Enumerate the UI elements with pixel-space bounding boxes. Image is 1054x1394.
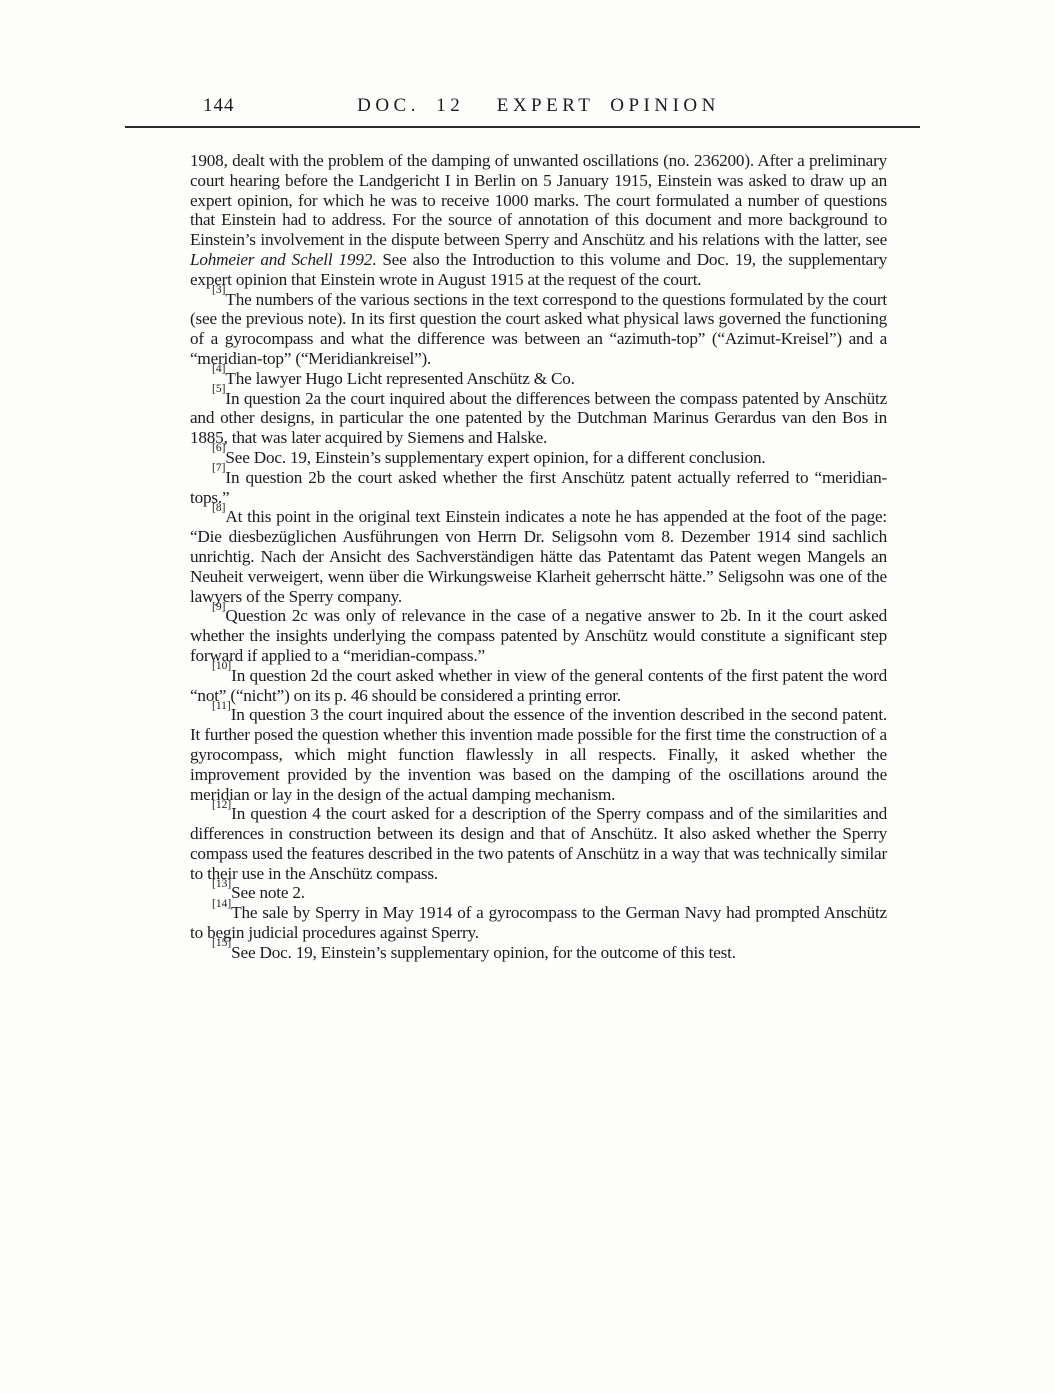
footnote-marker: [4] [212, 363, 225, 375]
scanned-book-page: 144 DOC. 12 EXPERT OPINION 1908, dealt w… [0, 0, 1054, 1394]
running-title: DOC. 12 EXPERT OPINION [190, 95, 887, 117]
footnote-text: In question 2b the court asked whether t… [190, 468, 887, 507]
footnote-paragraph: [8]At this point in the original text Ei… [190, 507, 887, 606]
footnote-paragraph: [4]The lawyer Hugo Licht represented Ans… [190, 369, 887, 389]
annotation-text-block: 1908, dealt with the problem of the damp… [190, 151, 887, 963]
footnote-marker: [14] [212, 898, 231, 910]
footnote-text: See note 2. [231, 883, 305, 902]
footnote-paragraph: [3]The numbers of the various sections i… [190, 290, 887, 369]
footnote-marker: [8] [212, 502, 225, 514]
footnote-paragraph: [10]In question 2d the court asked wheth… [190, 666, 887, 706]
footnote-paragraph: [9]Question 2c was only of relevance in … [190, 606, 887, 665]
header-rule [125, 126, 920, 128]
footnote-marker: [11] [212, 700, 231, 712]
running-head: 144 DOC. 12 EXPERT OPINION [190, 95, 887, 121]
footnote-text: The sale by Sperry in May 1914 of a gyro… [190, 903, 887, 942]
footnote-text: See Doc. 19, Einstein’s supplementary ex… [225, 448, 765, 467]
footnote-paragraph: [15]See Doc. 19, Einstein’s supplementar… [190, 943, 887, 963]
footnote-text: At this point in the original text Einst… [190, 507, 887, 605]
footnote-marker: [5] [212, 383, 225, 395]
footnote-paragraph: [13]See note 2. [190, 883, 887, 903]
intro-paragraph: 1908, dealt with the problem of the damp… [190, 151, 887, 290]
footnote-marker: [3] [212, 284, 225, 296]
footnote-marker: [15] [212, 937, 231, 949]
footnote-text: The numbers of the various sections in t… [190, 290, 887, 368]
footnote-marker: [13] [212, 878, 231, 890]
footnote-text: In question 2a the court inquired about … [190, 389, 887, 448]
footnote-text: In question 4 the court asked for a desc… [190, 804, 887, 882]
footnote-paragraph: [6]See Doc. 19, Einstein’s supplementary… [190, 448, 887, 468]
footnote-text: See Doc. 19, Einstein’s supplementary op… [231, 943, 736, 962]
footnote-marker: [9] [212, 601, 225, 613]
footnote-text: In question 3 the court inquired about t… [190, 705, 887, 803]
footnote-paragraph: [14]The sale by Sperry in May 1914 of a … [190, 903, 887, 943]
citation-italic: Lohmeier and Schell 1992 [190, 250, 372, 269]
footnote-text: In question 2d the court asked whether i… [190, 666, 887, 705]
footnote-paragraph: [11]In question 3 the court inquired abo… [190, 705, 887, 804]
footnote-marker: [10] [212, 660, 231, 672]
footnote-text: The lawyer Hugo Licht represented Anschü… [225, 369, 574, 388]
intro-text-segment: 1908, dealt with the problem of the damp… [190, 151, 887, 249]
footnote-marker: [7] [212, 462, 225, 474]
footnote-marker: [6] [212, 442, 225, 454]
footnote-paragraph: [7]In question 2b the court asked whethe… [190, 468, 887, 508]
footnote-marker: [12] [212, 799, 231, 811]
footnote-paragraph: [12]In question 4 the court asked for a … [190, 804, 887, 883]
footnote-paragraph: [5]In question 2a the court inquired abo… [190, 389, 887, 448]
footnote-text: Question 2c was only of relevance in the… [190, 606, 887, 665]
